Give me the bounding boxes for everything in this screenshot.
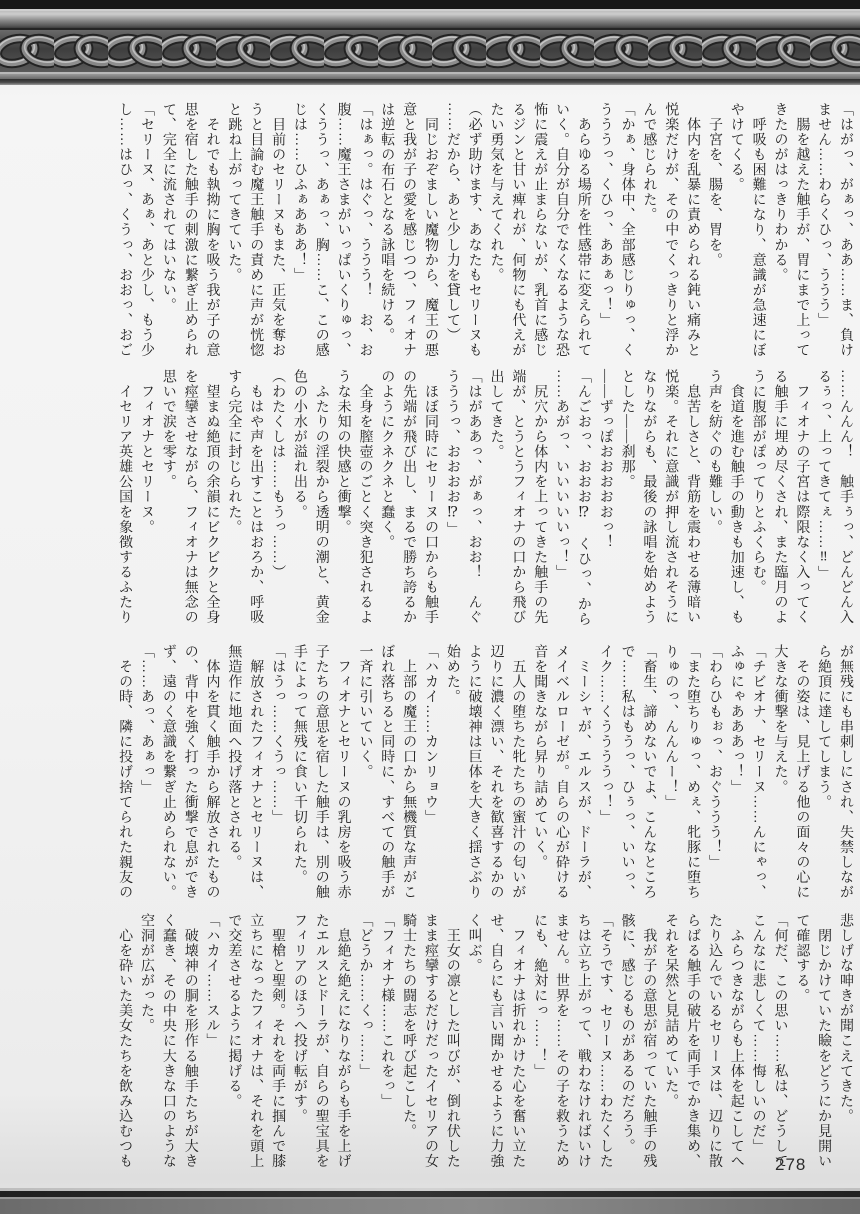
text-line: 「また堕ちりゅっ、めぇ、牝豚に堕ち <box>681 644 703 907</box>
text-line: く叫ぶ。 <box>463 913 485 1176</box>
text-line: 「ハカイ……カンリョウ」 <box>419 644 441 907</box>
text-line: 「フィオナ様……これをっ」 <box>375 913 397 1176</box>
text-line: たり込んでいるセリーヌは、辺りに散 <box>703 913 725 1176</box>
text-line: 腹……魔王さまがいっぱいくりゅっ、 <box>332 102 354 365</box>
text-line: 「はうっ……くうっ……」 <box>266 644 288 907</box>
text-line: たエルスとドーラが、自らの聖宝具を <box>310 913 332 1176</box>
text-line: フィオナとセリーヌ。 <box>135 369 157 632</box>
text-line: うな未知の快感と衝撃。 <box>332 369 354 632</box>
text-line: 悦楽だけが、その中でくっきりと浮か <box>659 102 681 365</box>
text-line: 望まぬ絶頂の余韻にビクビクと全身 <box>201 369 223 632</box>
text-line: ように破壊神は巨体を大きく揺さぶり <box>463 644 485 907</box>
text-line: の、背中を強く打った衝撃で息ができ <box>179 644 201 907</box>
text-line: にも、絶対にっ……！」 <box>528 913 550 1176</box>
text-line: 始めた。 <box>441 644 463 907</box>
text-line: 大きな衝撃を与えた。 <box>769 644 791 907</box>
text-line: 「わらひもぉっ、おぐううう！」 <box>703 644 725 907</box>
text-line: 思いで涙を零す。 <box>157 369 179 632</box>
text-line: の先端が飛び出し、まるで勝ち誇るか <box>397 369 419 632</box>
text-line: 「何だ、この思い……私は、どうして <box>769 913 791 1176</box>
header-shadow-edge <box>0 79 860 85</box>
text-line: 意と我が子の愛を感じつつ、フィオナ <box>397 102 419 365</box>
text-line: ――ずっぽおおおおおっ！ <box>594 369 616 632</box>
text-line: 王女の凛とした叫びが、倒れ伏した <box>441 913 463 1176</box>
text-band-4: 悲しげな呻きが聞こえてきた。 閉じかけていた瞼をどうにか見開いて確認する。「何だ… <box>113 913 856 1176</box>
text-line: 音を聞きながら昇り詰めていく。 <box>528 644 550 907</box>
text-line: うううっ、おおおお⁉」 <box>441 369 463 632</box>
text-line: フィオナとセリーヌの乳房を吸う赤 <box>332 644 354 907</box>
text-line: ミーシャが、エルスが、ドーラが、 <box>572 644 594 907</box>
text-line: 食道を進む触手の動きも加速し、も <box>725 369 747 632</box>
text-line: 息絶え絶えになりながらも手を上げ <box>332 913 354 1176</box>
text-line: て、完全に流されてはいない。 <box>157 102 179 365</box>
text-line: ほぼ同時にセリーヌの口からも触手 <box>419 369 441 632</box>
text-line: あらゆる場所を性感帯に変えられて <box>572 102 594 365</box>
text-line: 一斉に引いていく。 <box>354 644 376 907</box>
text-line: う声を紡ぐのも難しい。 <box>703 369 725 632</box>
text-line: んで感じられた。 <box>638 102 660 365</box>
text-line: ……あがっ、いいいいいっ！」 <box>550 369 572 632</box>
text-line: 体内を乱暴に責められる鈍い痛みと <box>681 102 703 365</box>
text-line: 五人の堕ちた牝たちの蜜汁の匂いが <box>507 644 529 907</box>
text-line: じは……ひふぁあああ！」 <box>288 102 310 365</box>
header-ornament <box>0 0 860 85</box>
text-line: （必ず助けます、あなたもセリーヌも <box>463 102 485 365</box>
text-line: 子宮を、腸を、胃を。 <box>703 102 725 365</box>
text-band-3: が無残にも串刺しにされ、失禁しながら絶頂に達してしまう。 その姿は、見上げる他の… <box>113 644 856 907</box>
text-line: うううっ、くひっ、ああぁっ！」 <box>594 102 616 365</box>
text-line: し……はひっ、くうっ、おおっ、おご <box>113 102 135 365</box>
text-line: 端が、とうとうフィオナの口から飛び <box>507 369 529 632</box>
text-line: 出してきた。 <box>485 369 507 632</box>
text-line: 無造作に地面へ投げ落とされる。 <box>223 644 245 907</box>
text-line: 「そうです、セリーヌ……わたくした <box>594 913 616 1176</box>
text-line: 我が子の意思が宿っていた触手の残 <box>638 913 660 1176</box>
text-line: のようにクネクネと蠢く。 <box>375 369 397 632</box>
text-band-2: ……んんん！ 触手ぅっ、どんどん入るぅっ、上ってきてぇ……‼」 フィオナの子宮は… <box>113 369 856 632</box>
text-line: で交差させるように掲げる。 <box>223 913 245 1176</box>
text-line: たい勇気を与えてくれた。 <box>485 102 507 365</box>
footer-metal-bar <box>0 1199 860 1214</box>
text-line: メイベルローゼが。自らの心が砕ける <box>550 644 572 907</box>
text-line: やけてくる。 <box>725 102 747 365</box>
text-line: フィオナの子宮は際限なく入ってく <box>790 369 812 632</box>
text-line: 腸を越えた触手が、胃にまで上って <box>790 102 812 365</box>
text-line: ぼれ落ちると同時に、すべての触手が <box>375 644 397 907</box>
text-line: らばる触手の破片を両手でかき集め、 <box>681 913 703 1176</box>
text-line: 骸に、感じるものがあるのだろう。 <box>616 913 638 1176</box>
text-line: る触手に埋め尽くされ、また臨月のよ <box>769 369 791 632</box>
text-line: それでも執拗に胸を吸う我が子の意 <box>201 102 223 365</box>
text-line: て確認する。 <box>790 913 812 1176</box>
text-line: それを呆然と見詰めていた。 <box>659 913 681 1176</box>
text-line: 思を宿した触手の刺激に繋ぎ止められ <box>179 102 201 365</box>
text-line: るぅっ、上ってきてぇ……‼」 <box>812 369 834 632</box>
text-line: 騎士たちの闘志を呼び起こした。 <box>397 913 419 1176</box>
footer-ornament <box>0 1188 860 1214</box>
text-line: 手によって無残に食い千切られた。 <box>288 644 310 907</box>
header-top-black-strip <box>0 0 860 9</box>
text-line: で……私はもうっ、ひぅっ、いいっ、 <box>616 644 638 907</box>
text-line: ず、遠のく意識を繋ぎ止められない。 <box>157 644 179 907</box>
text-line: フィオナは折れかけた心を奮い立た <box>507 913 529 1176</box>
text-line: もはや声を出すことはおろか、呼吸 <box>244 369 266 632</box>
text-line: イク……くううううっ！」 <box>594 644 616 907</box>
text-line: こんなに悲しくて……悔しいのだ」 <box>747 913 769 1176</box>
text-line: ……んんん！ 触手ぅっ、どんどん入 <box>834 369 856 632</box>
text-line: ちは立ち上がって、戦わなければいけ <box>572 913 594 1176</box>
text-line: うと目論む魔王触手の責めに声が恍惚 <box>244 102 266 365</box>
text-line: 「畜生、諦めないでよ、こんなところ <box>638 644 660 907</box>
text-line: が無残にも串刺しにされ、失禁しなが <box>834 644 856 907</box>
text-line: 全身を膣壺のごとく突き犯されるよ <box>354 369 376 632</box>
text-line: 破壊神の胴を形作る触手たちが大き <box>179 913 201 1176</box>
text-line: すら完全に封じられた。 <box>223 369 245 632</box>
text-line: 「チビオナ、セリーヌ……んにゃっ、 <box>747 644 769 907</box>
text-line: 「ハカイ……スル」 <box>201 913 223 1176</box>
text-line: 子たちの意思を宿した触手は、別の触 <box>310 644 332 907</box>
page-number: 278 <box>775 1155 806 1175</box>
text-line: く蠢き、その中央に大きな口のような <box>157 913 179 1176</box>
text-line: 解放されたフィオナとセリーヌは、 <box>244 644 266 907</box>
text-line: 上部の魔王の口から無機質な声がこ <box>397 644 419 907</box>
text-line: くううっ、あぁっ、胸……こ、この感 <box>310 102 332 365</box>
text-line: ません……わらくひっ、ううう」 <box>812 102 834 365</box>
text-line: ません。世界を……その子を救うため <box>550 913 572 1176</box>
text-line: （わたくしは……もうっ……） <box>266 369 288 632</box>
text-line: とした――刹那。 <box>616 369 638 632</box>
header-metal-band <box>0 11 860 28</box>
text-line: りゅのっ、んんんー！」 <box>659 644 681 907</box>
text-line: 閉じかけていた瞼をどうにか見開い <box>812 913 834 1176</box>
text-line: ら絶頂に達してしまう。 <box>812 644 834 907</box>
text-line: を痙攣させながら、フィオナは無念の <box>179 369 201 632</box>
text-line: ふたりの淫裂から透明の潮と、黄金 <box>310 369 332 632</box>
text-line: 色の小水が溢れ出る。 <box>288 369 310 632</box>
text-line: その時、隣に投げ捨てられた親友の <box>113 644 135 907</box>
text-line: フィリアのほうへ投げ転がす。 <box>288 913 310 1176</box>
text-line: ふらつきながらも上体を起こしてへ <box>725 913 747 1176</box>
text-line: イセリア英雄公国を象徴するふたり <box>113 369 135 632</box>
text-line: 同じおぞましい魔物から、魔王の悪 <box>419 102 441 365</box>
text-line: まま痙攣するだけだったイセリアの女 <box>419 913 441 1176</box>
text-line: 空洞が広がった。 <box>135 913 157 1176</box>
text-line: 聖槍と聖剣。それを両手に掴んで膝 <box>266 913 288 1176</box>
text-line: 尻穴から体内を上ってきた触手の先 <box>528 369 550 632</box>
text-line: 「かぁ、身体中、全部感じりゅっ、く <box>616 102 638 365</box>
text-line: 立ちになったフィオナは、それを頭上 <box>244 913 266 1176</box>
text-line: 「んごおっ、おおお⁉ くひっ、から <box>572 369 594 632</box>
text-line: 息苦しさと、背筋を震わせる薄暗い <box>681 369 703 632</box>
text-line: 「はがああっ、がぁっ、おお！ んぐ <box>463 369 485 632</box>
celtic-knot-band <box>0 30 860 72</box>
text-line: ふゅにゃあああっ！」 <box>725 644 747 907</box>
text-line: せ、自らにも言い聞かせるように力強 <box>485 913 507 1176</box>
text-line: いく。自分が自分でなくなるような恐 <box>550 102 572 365</box>
text-line: と跳ね上がってきていた。 <box>223 102 245 365</box>
text-line: うに腹部がぽってりとふくらむ。 <box>747 369 769 632</box>
text-line: るジンと甘い痺れが、何物にも代えが <box>507 102 529 365</box>
text-line: 心を砕いた美女たちを飲み込むつも <box>113 913 135 1176</box>
text-line: ……だから、あと少し力を貸して） <box>441 102 463 365</box>
text-line: 「セリーヌ、あぁ、あと少し、もう少 <box>135 102 157 365</box>
text-line: 怖に震えが止まらないが、乳首に感じ <box>528 102 550 365</box>
celtic-knot-pattern <box>0 30 860 72</box>
text-line: 呼吸も困難になり、意識が急速にぼ <box>747 102 769 365</box>
text-line: 「はがっ、がぁっ、ああ……ま、負け <box>834 102 856 365</box>
text-line: 「はぁっ。はぐっ、ううう！ お、お <box>354 102 376 365</box>
text-line: 「どうか……くっ……」 <box>354 913 376 1176</box>
text-line: 目前のセリーヌもまた、正気を奪お <box>266 102 288 365</box>
book-page: 「はがっ、がぁっ、ああ……ま、負けません……わらくひっ、ううう」 腸を越えた触手… <box>0 0 860 1214</box>
text-line: 悲しげな呻きが聞こえてきた。 <box>834 913 856 1176</box>
text-band-1: 「はがっ、がぁっ、ああ……ま、負けません……わらくひっ、ううう」 腸を越えた触手… <box>113 102 856 365</box>
text-line: 体内を貫く触手から解放されたもの <box>201 644 223 907</box>
text-line: は逆転の布石となる詠唱を続ける。 <box>375 102 397 365</box>
text-line: なりながらも、最後の詠唱を始めよう <box>638 369 660 632</box>
text-line: きたのがはっきりわかる。 <box>769 102 791 365</box>
text-line: 悦楽。それに意識が押し流されそうに <box>659 369 681 632</box>
text-line: 辺りに濃く漂い、それを歓喜するかの <box>485 644 507 907</box>
text-line: その姿は、見上げる他の面々の心に <box>790 644 812 907</box>
text-line: 「……あっ、あぁっ」 <box>135 644 157 907</box>
